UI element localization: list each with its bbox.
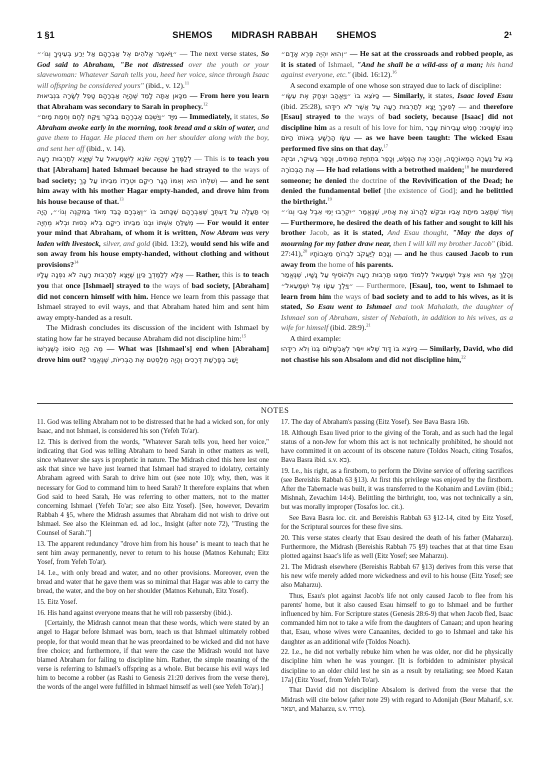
hebrew-text: לְפִיכָךְ יָצָא לְתַרְבּוּת רָעָה עַל אֲ… <box>325 103 455 111</box>
hebrew-text: כַּיּוֹצֵא בּוֹ ״וַיֶּאֱהַב יִצְחָק אֶת … <box>281 92 379 100</box>
commentary: A third example: <box>281 334 513 345</box>
notes-column-right: 17. The day of Abraham's passing (Eitz Y… <box>281 418 513 715</box>
passage: ״וְהוּא יִהְיֶה פֶּרֶא אָדָם״ — He sat a… <box>281 49 513 81</box>
main-column-left: ״וַיֹּאמֶר אֱלֹהִים אֶל אַבְרָהָם אַל יֵ… <box>37 49 269 365</box>
note-ref[interactable]: 18 <box>464 164 469 169</box>
hebrew-text: כַּיּוֹצֵא בּוֹ דָּוִד שֶׁלֹּא יִיסֵּר ל… <box>281 345 417 353</box>
note-16-continued: [Certainly, the Midrash cannot mean that… <box>37 619 269 692</box>
hebrew-text: מִכָּאן אַתָּה לָמֵד שֶׁהָיָה אַבְרָהָם … <box>37 92 187 100</box>
passage: מֶה הָיָה סוֹפוֹ כְּשֶׁגֵּרְשׁוֹ — What … <box>37 344 269 365</box>
hebrew-text: מֶה הָיָה סוֹפוֹ כְּשֶׁגֵּרְשׁוֹ <box>37 345 103 353</box>
note-18: 18. Although Esau lived prior to the giv… <box>281 429 513 466</box>
note-12: 12. This is derived from the words, "Wha… <box>37 438 269 539</box>
note-11: 11. God was telling Abraham not to be di… <box>37 418 269 436</box>
note-16: 16. His hand against everyone means that… <box>37 609 269 618</box>
passage: וְהָלַךְ אַף הוּא אֵצֶל יִשְׁמָעֵאל לִלְ… <box>281 270 513 333</box>
note-19-continued: See Bava Basra loc. cit. and Bereishis R… <box>281 514 513 532</box>
hebrew-text: וְעוֹד שֶׁתָּאַב מִיתַת אָבִיו וּבִקֵּשׁ… <box>281 208 513 216</box>
note-19: 19. I.e., his right, as a firstborn, to … <box>281 467 513 513</box>
note-ref[interactable]: 15 <box>242 333 247 338</box>
document-page: 1 §1 SHEMOS MIDRASH RABBAH SHEMOS 2¹ ״וַ… <box>0 0 550 769</box>
passage: וְכִי תַּעֲלֶה עַל דַּעְתְּךָ שֶׁאַבְרָה… <box>37 207 269 270</box>
note-15: 15. Eitz Yosef. <box>37 598 269 607</box>
note-21-continued: Thus, Esau's plot against Jacob's life n… <box>281 592 513 647</box>
page-number: 2¹ <box>504 30 512 40</box>
hebrew-text: אֶלָּא לְלַמֶּדְךָ כֵּיוָן שֶׁיָּצָא לְת… <box>37 271 184 279</box>
note-ref[interactable]: 21 <box>366 323 371 328</box>
notes-divider <box>37 403 513 404</box>
running-header: 1 §1 SHEMOS MIDRASH RABBAH SHEMOS 2¹ <box>37 30 512 44</box>
note-22-continued: That David did not discipline Absalom is… <box>281 686 513 713</box>
note-ref[interactable]: 20 <box>303 249 308 254</box>
commentary: The Midrash concludes its discussion of … <box>37 323 269 344</box>
passage: כַּיּוֹצֵא בּוֹ דָּוִד שֶׁלֹּא יִיסֵּר ל… <box>281 344 513 365</box>
commentary: A second example of one whose son straye… <box>281 81 513 92</box>
passage: לְלַמֶּדְךָ שֶׁהָיָה שׂוֹנֵא לְיִשְׁמָעֵ… <box>37 154 269 207</box>
passage: וְעוֹד שֶׁתָּאַב מִיתַת אָבִיו וּבִקֵּשׁ… <box>281 207 513 270</box>
title-midrash-rabbah: MIDRASH RABBAH <box>231 30 317 40</box>
main-text: ״וַיֹּאמֶר אֱלֹהִים אֶל אַבְרָהָם אַל יֵ… <box>37 49 513 365</box>
note-ref[interactable]: 22 <box>461 354 466 359</box>
note-21: 21. The Midrash elsewhere (Bereishis Rab… <box>281 563 513 590</box>
passage: אֶלָּא לְלַמֶּדְךָ כֵּיוָן שֶׁיָּצָא לְת… <box>37 270 269 323</box>
note-ref[interactable]: 17 <box>384 143 389 148</box>
main-column-right: ״וְהוּא יִהְיֶה פֶּרֶא אָדָם״ — He sat a… <box>281 49 513 365</box>
passage: מִכָּאן אַתָּה לָמֵד שֶׁהָיָה אַבְרָהָם … <box>37 91 269 112</box>
note-14: 14. I.e., with only bread and water, and… <box>37 569 269 596</box>
passage: מִיָּד ״וַיַּשְׁכֵּם אַבְרָהָם בַּבֹּקֶר… <box>37 112 269 154</box>
note-13: 13. The apparent redundancy "drove him f… <box>37 540 269 567</box>
notes-heading: NOTES <box>0 406 550 415</box>
note-22: 22. I.e., he did not verbally rebuke him… <box>281 648 513 685</box>
passage: כַּיּוֹצֵא בּוֹ ״וַיֶּאֱהַב יִצְחָק אֶת … <box>281 91 513 154</box>
hebrew-text: ״וְהוּא יִהְיֶה פֶּרֶא אָדָם״ <box>281 50 348 58</box>
note-ref[interactable]: 16 <box>392 70 397 75</box>
notes-section: 11. God was telling Abraham not to be di… <box>37 418 513 715</box>
passage: בָּא עַל נַעֲרָה הַמְאוֹרָסָה, וְהָרַג א… <box>281 154 513 207</box>
note-17: 17. The day of Abraham's passing (Eitz Y… <box>281 418 513 427</box>
note-ref[interactable]: 11 <box>185 80 189 85</box>
note-ref[interactable]: 14 <box>74 259 79 264</box>
note-ref[interactable]: 12 <box>203 101 208 106</box>
title-shemos-right: SHEMOS <box>336 30 376 40</box>
note-ref[interactable]: 13 <box>119 196 124 201</box>
hebrew-text: ״וַיֹּאמֶר אֱלֹהִים אֶל אַבְרָהָם אַל יֵ… <box>37 50 177 58</box>
notes-column-left: 11. God was telling Abraham not to be di… <box>37 418 269 715</box>
hebrew-text: לְלַמֶּדְךָ שֶׁהָיָה שׂוֹנֵא לְיִשְׁמָעֵ… <box>37 155 192 163</box>
note-ref[interactable]: 19 <box>327 196 332 201</box>
running-title: SHEMOS MIDRASH RABBAH SHEMOS <box>37 30 512 40</box>
title-shemos-left: SHEMOS <box>172 30 212 40</box>
hebrew-text: וְגָרַם לְיַעֲקֹב לִבְרוֹחַ מֵאֲבוֹתָיו <box>310 250 391 258</box>
passage: ״וַיֹּאמֶר אֱלֹהִים אֶל אַבְרָהָם אַל יֵ… <box>37 49 269 91</box>
hebrew-text: מִיָּד ״וַיַּשְׁכֵּם אַבְרָהָם בַּבֹּקֶר… <box>37 113 178 121</box>
hebrew-text: וְשִׁלְּחוֹ הוּא וְאִמּוֹ הָגָר רֵיקָם ו… <box>79 177 217 185</box>
hebrew-text: יָשַׁב בְּפָרָשַׁת דְּרָכִים וְהָיָה מְל… <box>88 356 238 364</box>
note-20: 20. This verse states clearly that Esau … <box>281 534 513 561</box>
